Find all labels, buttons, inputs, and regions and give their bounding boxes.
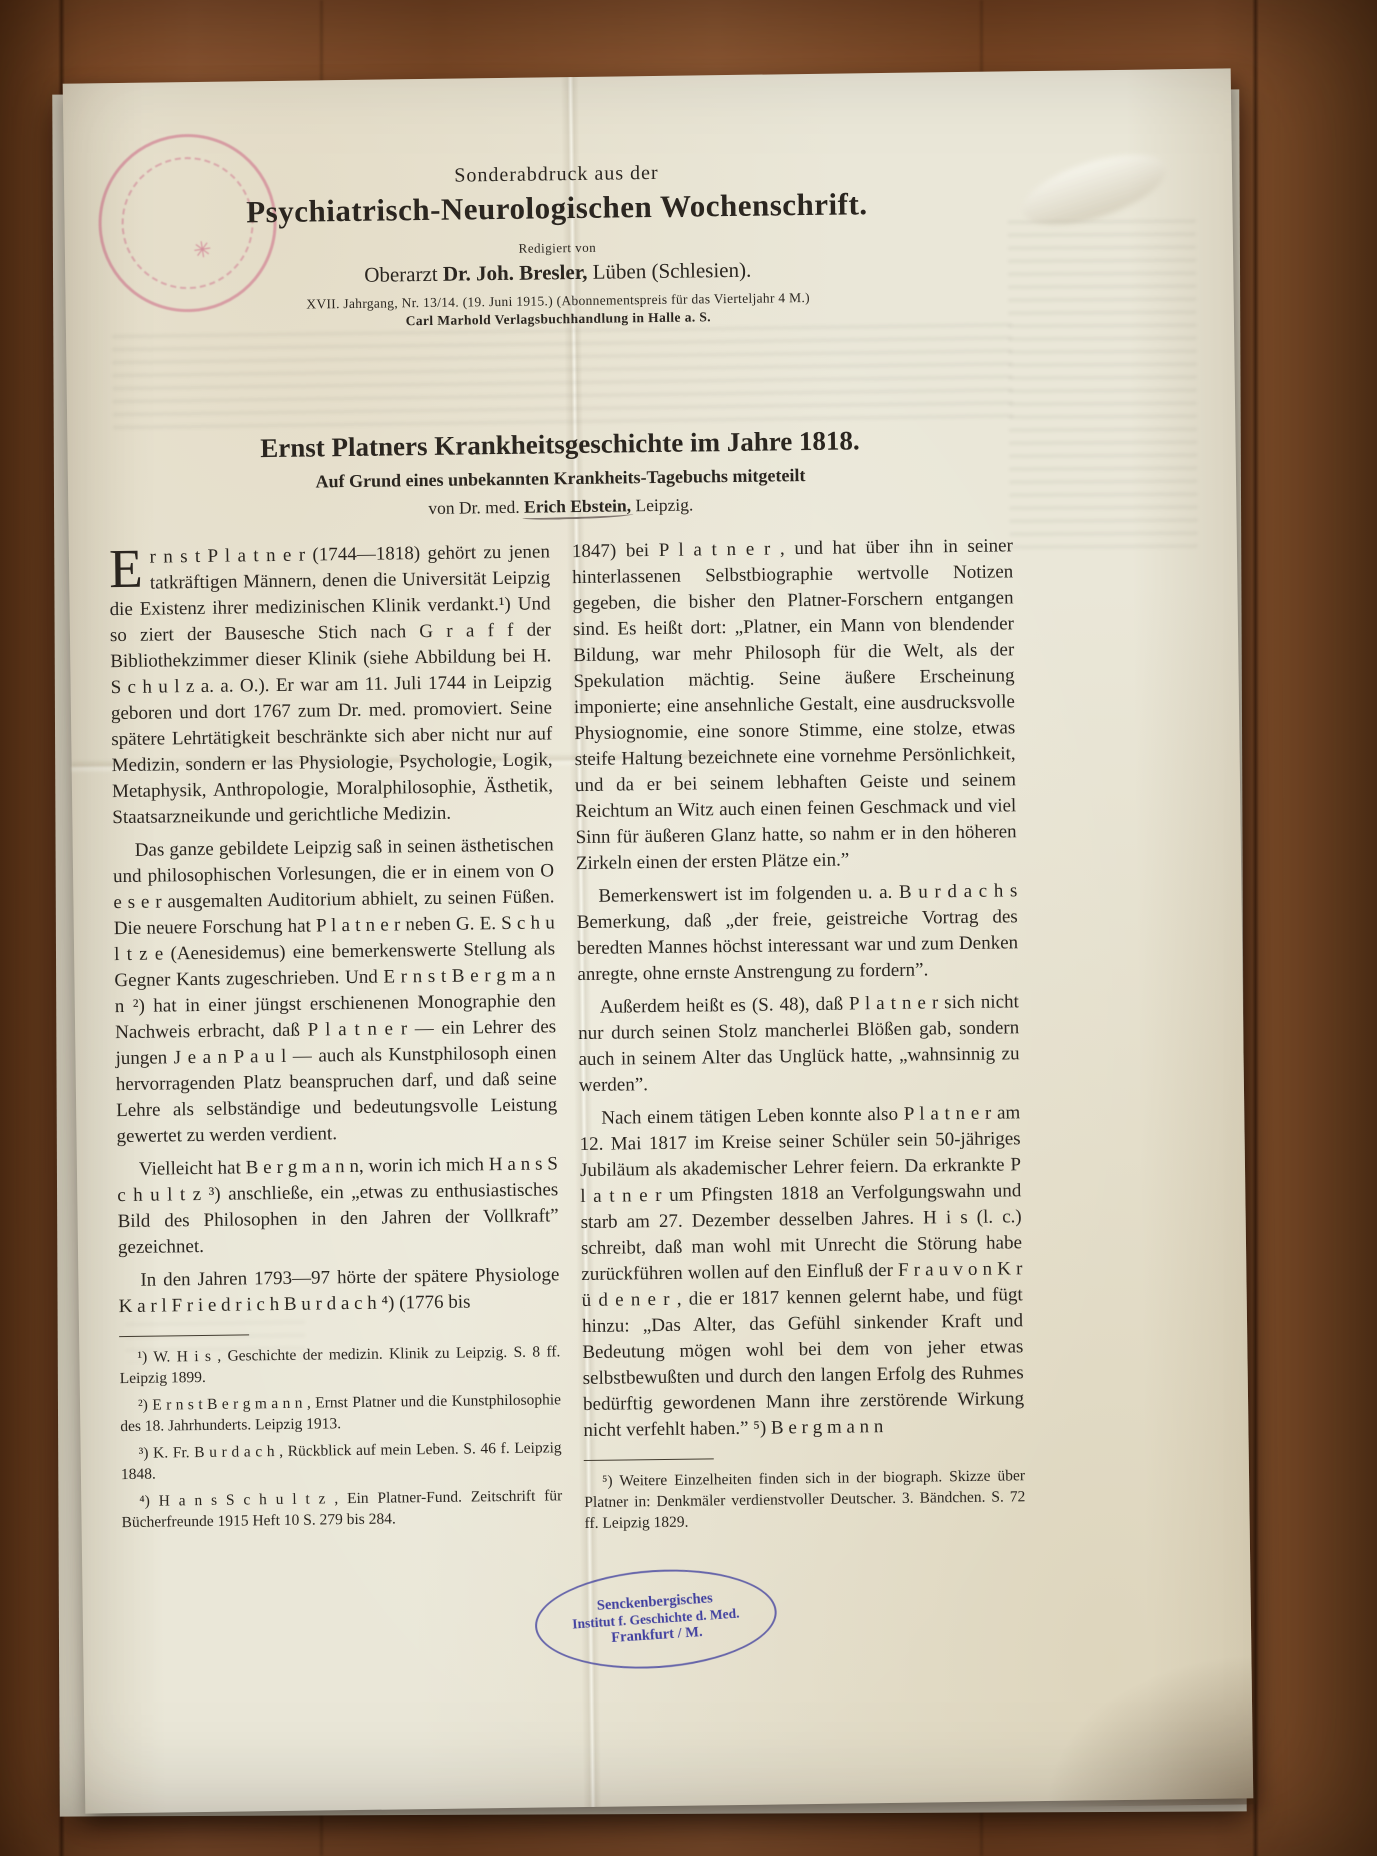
footnote: ²) E r n s t B e r g m a n n , Ernst Pla… <box>120 1389 562 1437</box>
paragraph-text: r n s t P l a t n e r (1744—1818) gehört… <box>109 541 553 828</box>
footnote: ¹) W. H i s , Geschichte der medizin. Kl… <box>119 1341 561 1389</box>
footnote-list: ¹) W. H i s , Geschichte der medizin. Kl… <box>119 1341 562 1533</box>
paragraph: Bemerkenswert ist im folgenden u. a. B u… <box>576 878 1018 988</box>
paragraph-list: Bemerkenswert ist im folgenden u. a. B u… <box>576 878 1024 1444</box>
paragraph: 1847) bei P l a t n e r , und hat über i… <box>572 533 1017 877</box>
oval-library-stamp: Senckenbergisches Institut f. Geschichte… <box>532 1562 780 1676</box>
page-curl-shadow <box>1015 1634 1257 1807</box>
footnote: ⁵) Weitere Einzelheiten finden sich in d… <box>584 1465 1026 1534</box>
author-name: Erich Ebstein, <box>524 495 631 516</box>
article-subtitle: Auf Grund eines unbekannten Krankheits-T… <box>108 462 1013 495</box>
journal-header: Sonderabdruck aus der Psychiatrisch-Neur… <box>104 157 1011 333</box>
footnote: ³) K. Fr. B u r d a c h , Rückblick auf … <box>121 1437 563 1485</box>
byline-suffix: Leipzig. <box>631 495 693 516</box>
footnote-separator <box>584 1458 714 1461</box>
footnote: ⁴) H a n s S c h u l t z , Ein Platner-F… <box>121 1485 563 1533</box>
paragraph: In den Jahren 1793—97 hörte der spätere … <box>118 1262 560 1320</box>
paragraph: Außerdem heißt es (S. 48), daß P l a t n… <box>578 989 1020 1099</box>
editor-prefix: Oberarzt <box>364 262 443 287</box>
footnote-separator <box>119 1334 249 1337</box>
two-column-body: Er n s t P l a t n e r (1744—1818) gehör… <box>109 533 1027 1546</box>
paragraph: Nach einem tätigen Leben konnte also P l… <box>579 1100 1024 1444</box>
byline: von Dr. med. Erich Ebstein, Leipzig. <box>108 490 1013 523</box>
printed-content: Sonderabdruck aus der Psychiatrisch-Neur… <box>103 71 1027 1546</box>
left-column: Er n s t P l a t n e r (1744—1818) gehör… <box>109 539 563 1546</box>
wood-plank-seam <box>1252 0 1259 1856</box>
paper-sheet: ✳ Sonderabdruck aus der Psychiatrisch-Ne… <box>63 68 1254 1813</box>
paragraph: Das ganze gebildete Leipzig saß in seine… <box>113 832 558 1150</box>
paragraph: Vielleicht hat B e r g m a n n, worin ic… <box>117 1151 559 1261</box>
editor-name: Dr. Joh. Bresler, <box>443 260 588 286</box>
paragraph: Er n s t P l a t n e r (1744—1818) gehör… <box>109 539 554 831</box>
right-column: 1847) bei P l a t n e r , und hat über i… <box>572 533 1026 1540</box>
journal-title: Psychiatrisch-Neurologischen Wochenschri… <box>104 184 1009 232</box>
drop-cap: E <box>109 545 150 591</box>
article-title: Ernst Platners Krankheitsgeschichte im J… <box>107 423 1012 466</box>
byline-prefix: von Dr. med. <box>428 497 524 518</box>
editor-suffix: Lüben (Schlesien). <box>587 258 751 284</box>
paragraph-list: Das ganze gebildete Leipzig saß in seine… <box>113 832 560 1320</box>
ink-bleedthrough <box>1008 220 1198 556</box>
footnote-list: ⁵) Weitere Einzelheiten finden sich in d… <box>584 1465 1026 1534</box>
